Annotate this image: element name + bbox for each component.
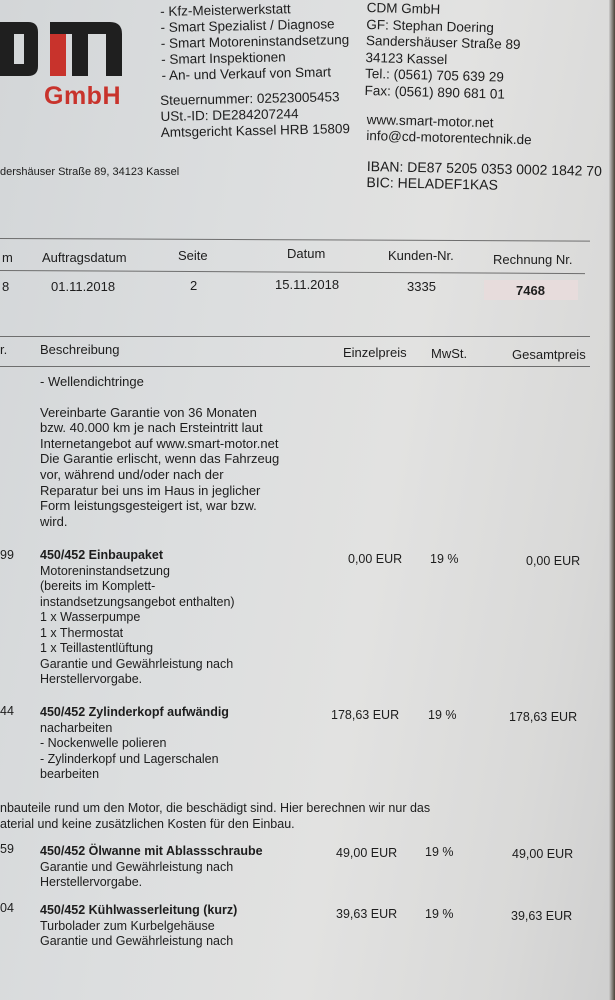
page-value: 2 <box>190 278 197 293</box>
fax: Fax: (0561) 890 681 01 <box>364 82 519 103</box>
services-list: - Kfz-Meisterwerkstatt - Smart Spezialis… <box>160 0 350 84</box>
info-header-col0: m <box>2 250 13 265</box>
intro-line: Die Garantie erlischt, wenn das Fahrzeug <box>40 451 279 467</box>
item-total: 39,63 EUR <box>511 909 572 923</box>
table-surface-edge <box>609 0 615 1000</box>
item-title: 450/452 Kühlwasserleitung (kurz) <box>40 903 237 919</box>
tax-info: Steuernummer: 02523005453 USt.-ID: DE284… <box>160 89 350 141</box>
item-vat: 19 % <box>425 907 454 921</box>
note-line: aterial und keine zusätzlichen Kosten fü… <box>0 816 430 832</box>
item-unit-price: 0,00 EUR <box>348 552 402 566</box>
item-total: 0,00 EUR <box>526 554 580 568</box>
item-line: Herstellervorgabe. <box>40 672 235 688</box>
item-line: - Nockenwelle polieren <box>40 736 229 752</box>
item-title: 450/452 Ölwanne mit Ablassschraube <box>40 844 263 860</box>
items-header-unit-price: Einzelpreis <box>343 345 407 360</box>
note-line: nbauteile rund um den Motor, die beschäd… <box>0 800 430 816</box>
item-vat: 19 % <box>425 845 454 859</box>
order-date-value: 01.11.2018 <box>51 279 115 294</box>
sender-line: dershäuser Straße 89, 34123 Kassel <box>0 166 179 178</box>
items-header-total: Gesamtpreis <box>512 347 586 362</box>
item-line: nacharbeiten <box>40 721 229 737</box>
table-row: 450/452 Ölwanne mit Ablassschraube Garan… <box>40 844 263 891</box>
item-position: 99 <box>0 548 14 562</box>
item-line: 1 x Thermostat <box>40 626 235 642</box>
divider <box>0 238 590 242</box>
items-header-pos: r. <box>0 342 7 357</box>
items-header-description: Beschreibung <box>40 342 120 357</box>
item-line: 1 x Wasserpumpe <box>40 610 235 626</box>
table-row: 450/452 Zylinderkopf aufwändig nacharbei… <box>40 705 229 783</box>
item-line: - Zylinderkopf und Lagerschalen <box>40 752 229 768</box>
item-position: 59 <box>0 842 14 856</box>
item-unit-price: 49,00 EUR <box>336 846 397 860</box>
table-row: 450/452 Kühlwasserleitung (kurz) Turbola… <box>40 903 237 950</box>
intro-line: - Wellendichtringe <box>40 374 279 390</box>
item-line: Garantie und Gewährleistung nach <box>40 860 263 876</box>
date-value: 15.11.2018 <box>275 277 339 292</box>
web-contact: www.smart-motor.net info@cd-motorentechn… <box>366 112 532 148</box>
divider <box>0 366 590 367</box>
item-total: 49,00 EUR <box>512 847 573 861</box>
item-title: 450/452 Zylinderkopf aufwändig <box>40 705 229 721</box>
item-line: bearbeiten <box>40 767 229 783</box>
item-line: instandsetzungsangebot enthalten) <box>40 595 235 611</box>
cdm-logo <box>0 18 125 80</box>
info-header-customer-no: Kunden-Nr. <box>388 248 454 263</box>
logo-gmbh-text: GmbH <box>44 82 121 111</box>
item-vat: 19 % <box>430 552 459 566</box>
bank-details: IBAN: DE87 5205 0353 0002 1842 70 BIC: H… <box>366 158 602 195</box>
section-note: nbauteile rund um den Motor, die beschäd… <box>0 800 430 832</box>
item-line: Herstellervorgabe. <box>40 875 263 891</box>
item-line: 1 x Teillastentlüftung <box>40 641 235 657</box>
customer-number-value: 3335 <box>407 279 436 294</box>
intro-line: Form leistungsgesteigert ist, war bzw. <box>40 498 279 514</box>
item-unit-price: 178,63 EUR <box>331 708 399 722</box>
divider <box>0 336 590 337</box>
info-header-invoice-no: Rechnung Nr. <box>493 252 573 267</box>
item-position: 04 <box>0 901 14 915</box>
court-registration: Amtsgericht Kassel HRB 15809 <box>161 121 350 141</box>
invoice-number-value: 7468 <box>516 283 545 298</box>
info-header-date: Datum <box>287 246 325 261</box>
intro-line: Internetangebot auf www.smart-motor.net <box>40 436 279 452</box>
item-line: Motoreninstandsetzung <box>40 564 235 580</box>
item-line: Garantie und Gewährleistung nach <box>40 934 237 950</box>
service-item: - An- und Verkauf von Smart <box>161 64 350 84</box>
item-total: 178,63 EUR <box>509 710 577 724</box>
intro-line: vor, während und/oder nach der <box>40 467 279 483</box>
intro-text: - Wellendichtringe Vereinbarte Garantie … <box>40 374 279 529</box>
item-line: Garantie und Gewährleistung nach <box>40 657 235 673</box>
item-vat: 19 % <box>428 708 457 722</box>
info-header-order-date: Auftragsdatum <box>42 250 127 265</box>
item-line: (bereits im Komplett- <box>40 579 235 595</box>
items-header-vat: MwSt. <box>431 346 467 361</box>
item-position: 44 <box>0 704 14 718</box>
info-header-page: Seite <box>178 248 208 263</box>
intro-line: Vereinbarte Garantie von 36 Monaten <box>40 405 279 421</box>
info-value-col0: 8 <box>2 279 9 294</box>
intro-line: wird. <box>40 514 279 530</box>
email: info@cd-motorentechnik.de <box>366 128 532 148</box>
table-row: 450/452 Einbaupaket Motoreninstandsetzun… <box>40 548 235 688</box>
company-address: CDM GmbH GF: Stephan Doering Sandershäus… <box>364 0 521 103</box>
intro-line: Reparatur bei uns im Haus in jeglicher <box>40 483 279 499</box>
item-title: 450/452 Einbaupaket <box>40 548 235 564</box>
item-line: Turbolader zum Kurbelgehäuse <box>40 919 237 935</box>
intro-line: bzw. 40.000 km je nach Ersteintritt laut <box>40 420 279 436</box>
divider <box>0 270 585 274</box>
item-unit-price: 39,63 EUR <box>336 907 397 921</box>
